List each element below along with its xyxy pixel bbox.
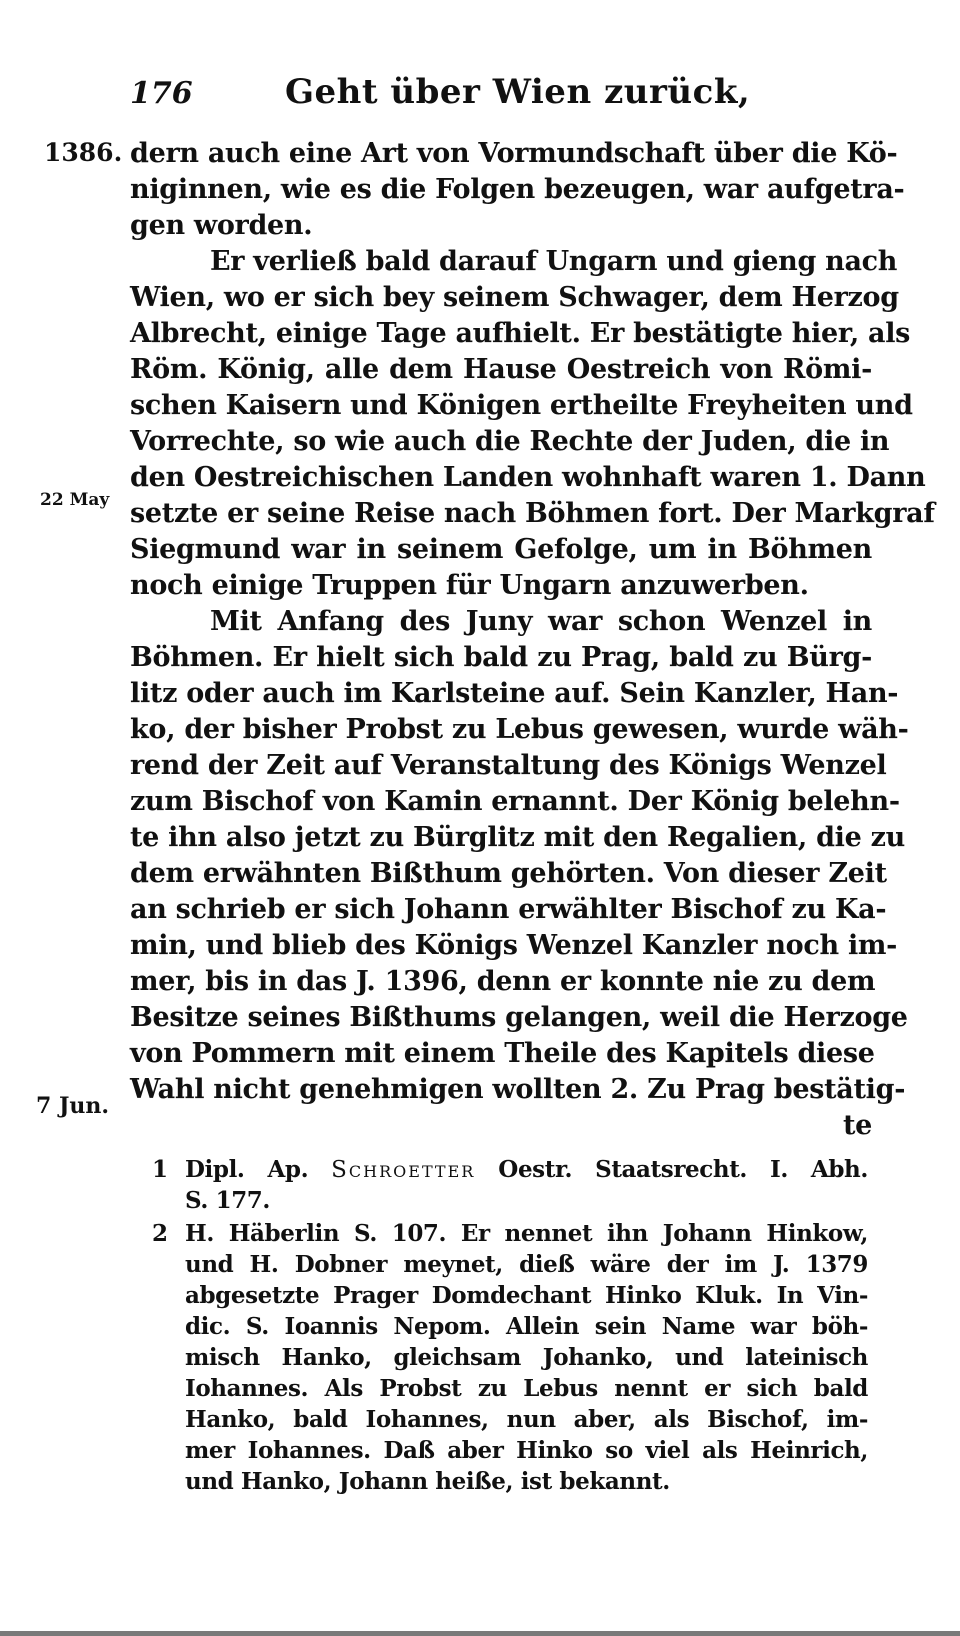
body-line: Siegmund war in seinem Gefolge, um in Bö… — [130, 532, 872, 568]
footnote-line: und Hanko, Johann heiße, ist bekannt. — [185, 1466, 868, 1497]
body-line: Er verließ bald darauf Ungarn und gieng … — [130, 244, 872, 280]
body-line: dern auch eine Art von Vormundschaft übe… — [130, 136, 872, 172]
body-line: te ihn also jetzt zu Bürglitz mit den Re… — [130, 820, 872, 856]
body-line: noch einige Truppen für Ungarn anzuwerbe… — [130, 568, 872, 604]
footnote-number: 1 — [152, 1156, 168, 1183]
footnote-line: misch Hanko, gleichsam Johanko, und late… — [185, 1342, 868, 1373]
book-page: 176 Geht über Wien zurück, 1386. 22 May … — [0, 0, 960, 1630]
body-line: Wien, wo er sich bey seinem Schwager, de… — [130, 280, 872, 316]
body-line: setzte er seine Reise nach Böhmen fort. … — [130, 496, 872, 532]
footnote-number: 2 — [152, 1220, 168, 1247]
body-line: Röm. König, alle dem Hause Oestreich von… — [130, 352, 872, 388]
body-line: Mit Anfang des Juny war schon Wenzel in — [130, 604, 872, 640]
body-line: Besitze seines Bißthums gelangen, weil d… — [130, 1000, 872, 1036]
body-line: Böhmen. Er hielt sich bald zu Prag, bald… — [130, 640, 872, 676]
body-line: dem erwähnten Bißthum gehörten. Von dies… — [130, 856, 872, 892]
footnote-line: Iohannes. Als Probst zu Lebus nennt er s… — [185, 1373, 868, 1404]
body-line: min, und blieb des Königs Wenzel Kanzler… — [130, 928, 872, 964]
catchword: te — [130, 1108, 872, 1144]
margin-date-june: 7 Jun. — [36, 1093, 109, 1119]
body-line: ko, der bisher Probst zu Lebus gewesen, … — [130, 712, 872, 748]
body-line: zum Bischof von Kamin ernannt. Der König… — [130, 784, 872, 820]
footnote-line: abgesetzte Prager Domdechant Hinko Kluk.… — [185, 1280, 868, 1311]
margin-year: 1386. — [44, 138, 122, 167]
body-line: niginnen, wie es die Folgen bezeugen, wa… — [130, 172, 872, 208]
footnote-line: Hanko, bald Iohannes, nun aber, als Bisc… — [185, 1404, 868, 1435]
running-head: 176 Geht über Wien zurück, — [130, 72, 890, 122]
author-smallcaps: Schroetter — [331, 1157, 475, 1183]
body-line: von Pommern mit einem Theile des Kapitel… — [130, 1036, 872, 1072]
body-line: Vorrechte, so wie auch die Rechte der Ju… — [130, 424, 872, 460]
body-line: litz oder auch im Karlsteine auf. Sein K… — [130, 676, 872, 712]
margin-date-may: 22 May — [40, 490, 109, 510]
page-number: 176 — [130, 76, 193, 111]
footnote-line: Dipl. Ap. Schroetter Oestr. Staatsrecht.… — [185, 1154, 868, 1185]
body-line: Albrecht, einige Tage aufhielt. Er bestä… — [130, 316, 872, 352]
footnote-line: H. Häberlin S. 107. Er nennet ihn Johann… — [185, 1218, 868, 1249]
body-line: rend der Zeit auf Veranstaltung des Köni… — [130, 748, 872, 784]
footnote-line: und H. Dobner meynet, dieß wäre der im J… — [185, 1249, 868, 1280]
body-line: den Oestreichischen Landen wohnhaft ware… — [130, 460, 872, 496]
body-line: an schrieb er sich Johann erwählter Bisc… — [130, 892, 872, 928]
body-line: schen Kaisern und Königen ertheilte Frey… — [130, 388, 872, 424]
bottom-border — [0, 1631, 960, 1636]
body-line: gen worden. — [130, 208, 872, 244]
running-title: Geht über Wien zurück, — [285, 72, 750, 112]
body-line: mer, bis in das J. 1396, denn er konnte … — [130, 964, 872, 1000]
footnote-line: mer Iohannes. Daß aber Hinko so viel als… — [185, 1435, 868, 1466]
footnote-line: S. 177. — [185, 1185, 868, 1216]
footnote-line: dic. S. Ioannis Nepom. Allein sein Name … — [185, 1311, 868, 1342]
body-line: Wahl nicht genehmigen wollten 2. Zu Prag… — [130, 1072, 872, 1108]
